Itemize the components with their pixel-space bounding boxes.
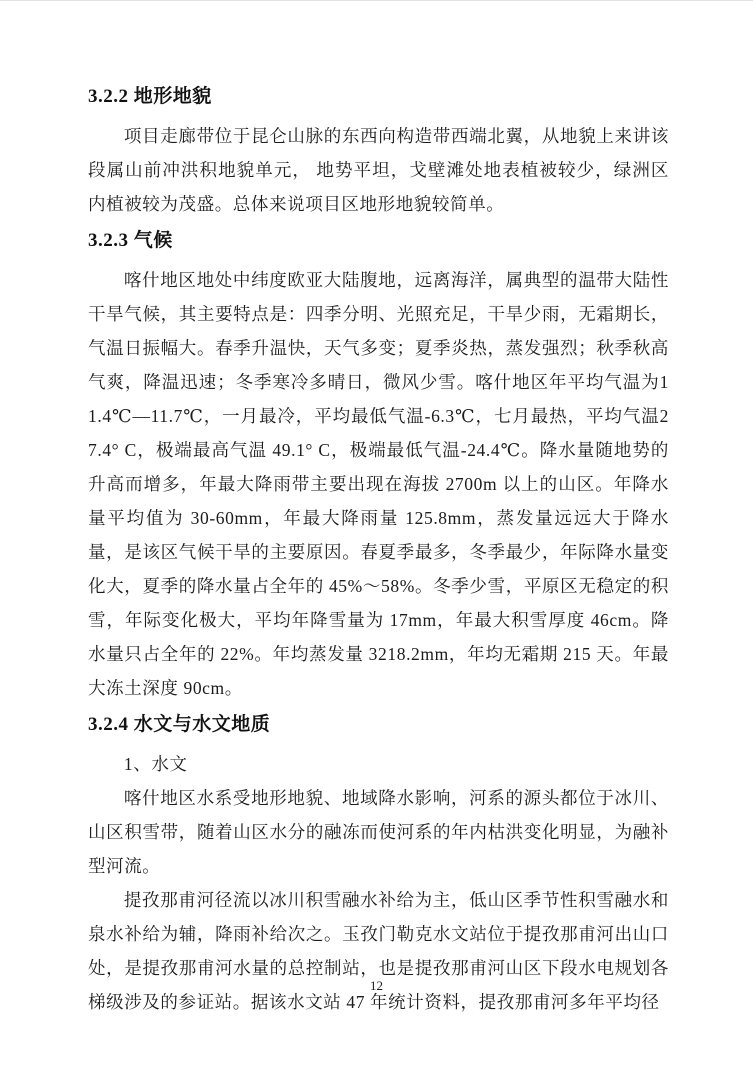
paragraph-river-system: 喀什地区水系受地形地貌、地域降水影响，河系的源头都位于冰川、山区积雪带，随着山区…: [88, 781, 669, 883]
section-heading-terrain: 3.2.2 地形地貌: [88, 79, 669, 115]
paragraph-terrain: 项目走廊带位于昆仑山脉的东西向构造带西端北翼，从地貌上来讲该段属山前冲洪积地貌单…: [88, 119, 669, 221]
document-page: 3.2.2 地形地貌 项目走廊带位于昆仑山脉的东西向构造带西端北翼，从地貌上来讲…: [0, 0, 753, 1066]
paragraph-tizinafu-river: 提孜那甫河径流以冰川积雪融水补给为主，低山区季节性积雪融水和泉水补给为辅，降雨补…: [88, 883, 669, 1019]
section-heading-hydrology: 3.2.4 水文与水文地质: [88, 707, 669, 743]
section-heading-climate: 3.2.3 气候: [88, 223, 669, 259]
subsection-title-hydrology: 1、水文: [88, 747, 669, 781]
page-number: 12: [0, 978, 753, 994]
paragraph-climate: 喀什地区地处中纬度欧亚大陆腹地，远离海洋，属典型的温带大陆性干旱气候，其主要特点…: [88, 263, 669, 705]
